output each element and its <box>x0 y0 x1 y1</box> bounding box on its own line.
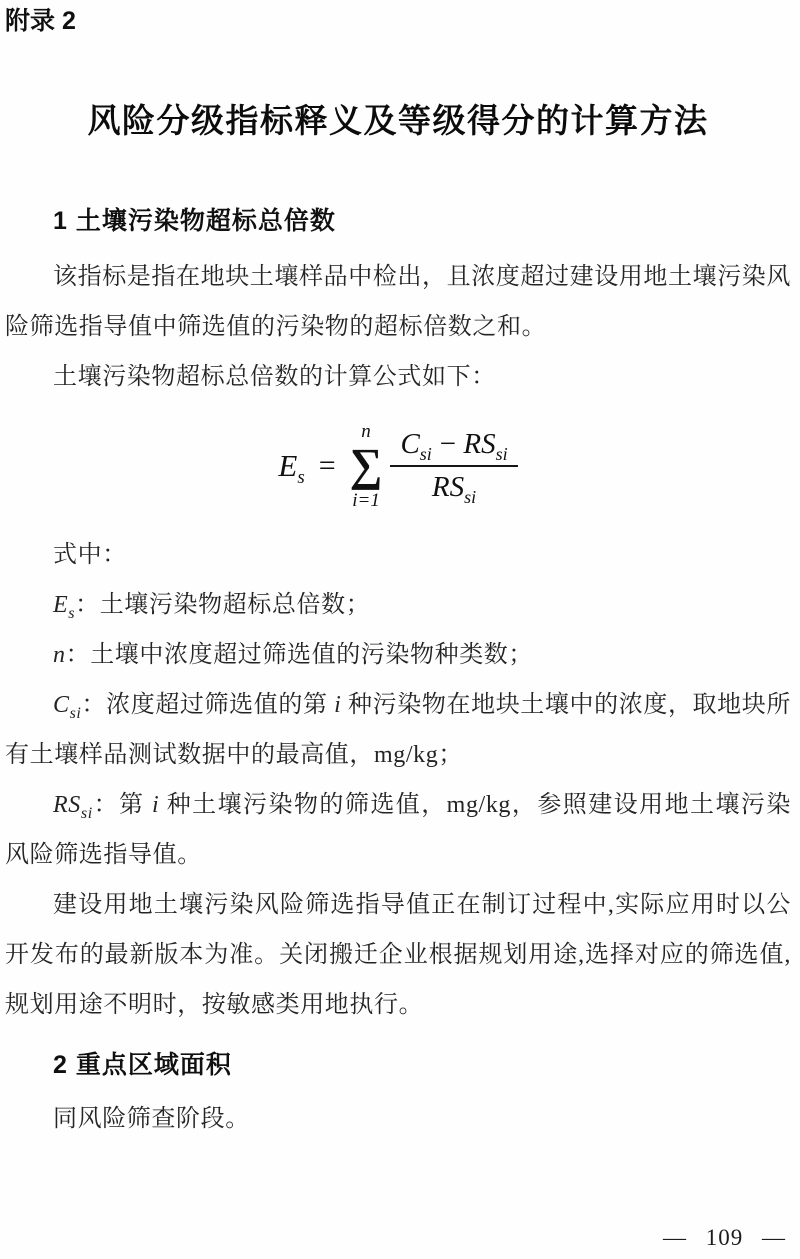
section-1-paragraph-3: 建设用地土壤污染风险筛选指导值正在制订过程中,实际应用时以公开发布的最新版本为准… <box>5 880 791 1030</box>
sigma-icon: ∑ <box>350 443 383 487</box>
symbol-es: Es <box>53 592 75 618</box>
section-2-heading: 2 重点区域面积 <box>5 1046 791 1084</box>
formula-fraction: Csi−RSsi RSsi <box>390 428 517 504</box>
definition-rssi: RSsi：第 i 种土壤污染物的筛选值，mg/kg，参照建设用地土壤污染风险筛选… <box>5 780 791 880</box>
document-page: 附录 2 风险分级指标释义及等级得分的计算方法 1 土壤污染物超标总倍数 该指标… <box>0 0 800 1259</box>
document-title: 风险分级指标释义及等级得分的计算方法 <box>5 100 791 142</box>
where-label: 式中： <box>5 530 791 580</box>
section-2-paragraph-1: 同风险筛查阶段。 <box>5 1094 791 1144</box>
symbol-csi: Csi <box>53 692 81 718</box>
section-1-heading: 1 土壤污染物超标总倍数 <box>5 202 791 240</box>
definition-n: n：土壤中浓度超过筛选值的污染物种类数； <box>5 630 791 680</box>
minus-sign: − <box>438 428 458 460</box>
definition-csi: Csi：浓度超过筛选值的第 i 种污染物在地块土壤中的浓度，取地块所有土壤样品测… <box>5 680 791 780</box>
definition-es: Es：土壤污染物超标总倍数； <box>5 580 791 630</box>
section-1-paragraph-2: 土壤污染物超标总倍数的计算公式如下： <box>5 352 791 402</box>
summation-symbol: n ∑ i=1 <box>350 422 383 510</box>
definition-es-text: ：土壤污染物超标总倍数； <box>75 592 370 618</box>
page-number: — 109 — <box>663 1225 786 1251</box>
formula-lhs: Es <box>278 448 304 484</box>
formula-soil-exceedance: Es = n ∑ i=1 Csi−RSsi RSsi <box>5 402 791 530</box>
symbol-rssi: RSsi <box>53 792 93 818</box>
symbol-n: n <box>53 642 66 668</box>
definition-csi-text-pre: ：浓度超过筛选值的第 <box>81 692 334 718</box>
summation-lower-limit: i=1 <box>352 491 380 510</box>
section-1-paragraph-1: 该指标是指在地块土壤样品中检出，且浓度超过建设用地土壤污染风险筛选指导值中筛选值… <box>5 252 791 352</box>
definition-n-text: ：土壤中浓度超过筛选值的污染物种类数； <box>66 642 533 668</box>
fraction-numerator: Csi−RSsi <box>390 428 517 467</box>
equals-sign: = <box>319 449 336 483</box>
appendix-label: 附录 2 <box>5 6 791 36</box>
fraction-denominator: RSsi <box>432 467 476 504</box>
definition-rssi-text-pre: ：第 <box>93 792 152 818</box>
